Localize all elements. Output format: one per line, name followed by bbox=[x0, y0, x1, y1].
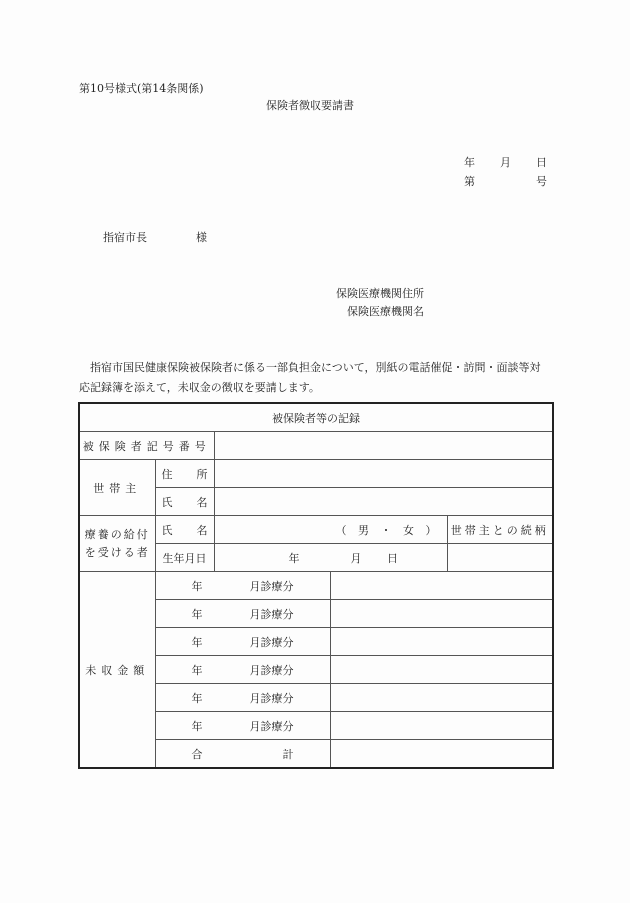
sender-address-label: 保険医療機関住所 bbox=[336, 288, 424, 299]
dob-field[interactable]: 年月日 bbox=[214, 544, 447, 572]
unpaid-amount-field-4[interactable] bbox=[330, 656, 553, 684]
unpaid-period-3: 年月診療分 bbox=[155, 628, 330, 656]
insured-number-label: 被保険者記号番号 bbox=[79, 432, 214, 460]
unpaid-period-6: 年月診療分 bbox=[155, 712, 330, 740]
unpaid-total-label: 合計 bbox=[155, 740, 330, 769]
householder-address-field[interactable] bbox=[214, 460, 553, 488]
relation-label: 世帯主との続柄 bbox=[447, 516, 553, 544]
insured-number-field[interactable] bbox=[214, 432, 553, 460]
householder-name-field[interactable] bbox=[214, 488, 553, 516]
doc-number-suffix: 号 bbox=[536, 176, 547, 187]
unpaid-amount-field-5[interactable] bbox=[330, 684, 553, 712]
unpaid-period-1: 年月診療分 bbox=[155, 572, 330, 600]
unpaid-period-5: 年月診療分 bbox=[155, 684, 330, 712]
addressee-honorific: 様 bbox=[196, 232, 207, 243]
unpaid-period-2: 年月診療分 bbox=[155, 600, 330, 628]
dob-label: 生年月日 bbox=[155, 544, 214, 572]
table-title: 被保険者等の記録 bbox=[79, 403, 553, 432]
doc-number-prefix: 第 bbox=[464, 176, 475, 187]
request-body: 指宿市国民健康保険被保険者に係る一部負担金について，別紙の電話催促・訪問・面談等… bbox=[79, 358, 551, 398]
document-title: 保険者徴収要請書 bbox=[266, 100, 354, 111]
form-number: 第10号様式(第14条関係) bbox=[79, 83, 204, 94]
gender-selector[interactable]: （ 男 ・ 女 ） bbox=[336, 524, 441, 537]
unpaid-total-field[interactable] bbox=[330, 740, 553, 769]
unpaid-amount-field-3[interactable] bbox=[330, 628, 553, 656]
householder-name-label: 氏名 bbox=[155, 488, 214, 516]
sender-name-label: 保険医療機関名 bbox=[347, 306, 424, 317]
householder-address-label: 住所 bbox=[155, 460, 214, 488]
unpaid-amount-field-2[interactable] bbox=[330, 600, 553, 628]
unpaid-amount-field-6[interactable] bbox=[330, 712, 553, 740]
date-year-label: 年 bbox=[464, 157, 475, 168]
date-day-label: 日 bbox=[536, 157, 547, 168]
recipient-name-label: 氏名 bbox=[155, 516, 214, 544]
unpaid-period-4: 年月診療分 bbox=[155, 656, 330, 684]
recipient-name-field[interactable]: （ 男 ・ 女 ） bbox=[214, 516, 447, 544]
request-body-text: 指宿市国民健康保険被保険者に係る一部負担金について，別紙の電話催促・訪問・面談等… bbox=[79, 361, 541, 394]
recipient-label: 療養の給付を受ける者 bbox=[79, 516, 155, 572]
householder-label: 世帯主 bbox=[79, 460, 155, 516]
unpaid-amount-label: 未収金額 bbox=[79, 572, 155, 769]
relation-field[interactable] bbox=[447, 544, 553, 572]
insured-record-table: 被保険者等の記録 被保険者記号番号 世帯主 住所 氏名 療養の給付を受ける者 氏… bbox=[78, 402, 554, 769]
addressee-name: 指宿市長 bbox=[103, 232, 147, 243]
date-month-label: 月 bbox=[500, 157, 511, 168]
unpaid-amount-field-1[interactable] bbox=[330, 572, 553, 600]
